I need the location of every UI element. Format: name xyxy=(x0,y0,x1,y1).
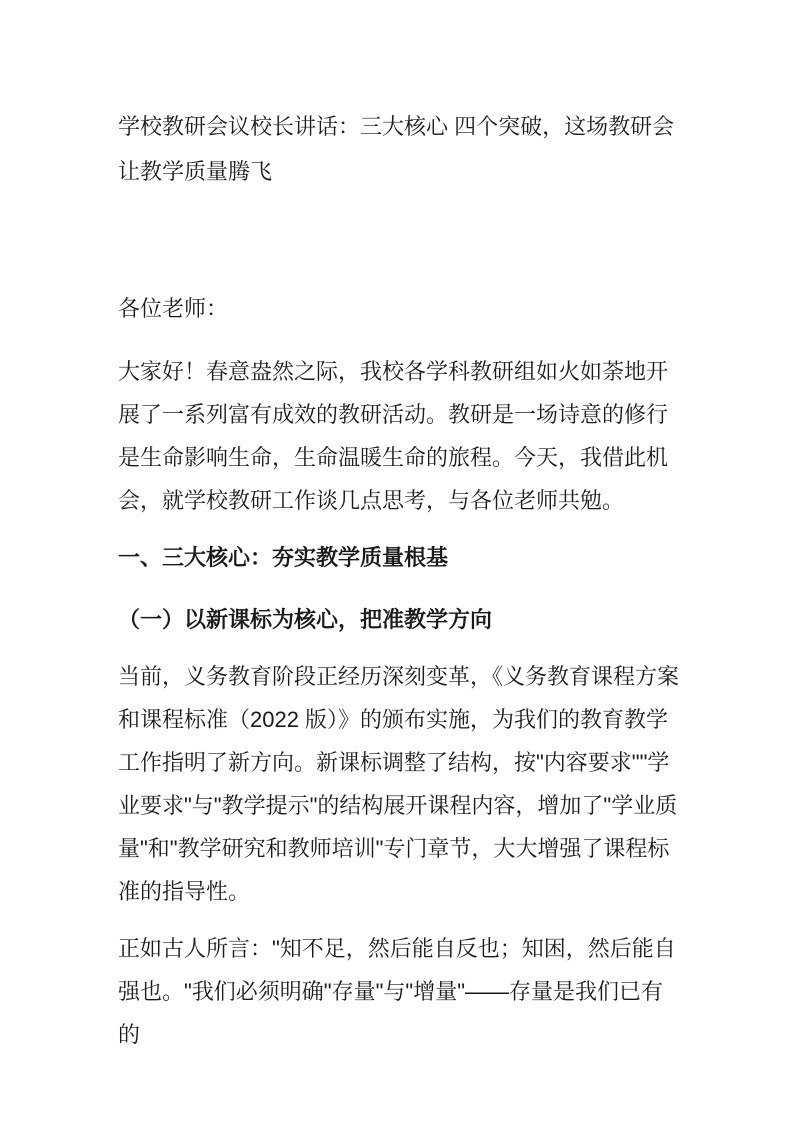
paragraph-new-curriculum: 当前，义务教育阶段正经历深刻变革，《义务教育课程方案和课程标准（2022 版）》… xyxy=(118,655,680,913)
subsection-heading-new-curriculum: （一）以新课标为核心，把准教学方向 xyxy=(118,598,680,641)
document-page: 学校教研会议校长讲话：三大核心 四个突破，这场教研会让教学质量腾飞 各位老师： … xyxy=(0,0,793,1122)
paragraph-quote: 正如古人所言："知不足，然后能自反也；知困，然后能自强也。"我们必须明确"存量"… xyxy=(118,927,680,1056)
section-heading-three-cores: 一、三大核心：夯实教学质量根基 xyxy=(118,536,680,579)
article-title: 学校教研会议校长讲话：三大核心 四个突破，这场教研会让教学质量腾飞 xyxy=(118,104,680,194)
greeting-line: 各位老师： xyxy=(118,287,680,330)
paragraph-intro: 大家好！春意盎然之际，我校各学科教研组如火如荼地开展了一系列富有成效的教研活动。… xyxy=(118,350,680,522)
